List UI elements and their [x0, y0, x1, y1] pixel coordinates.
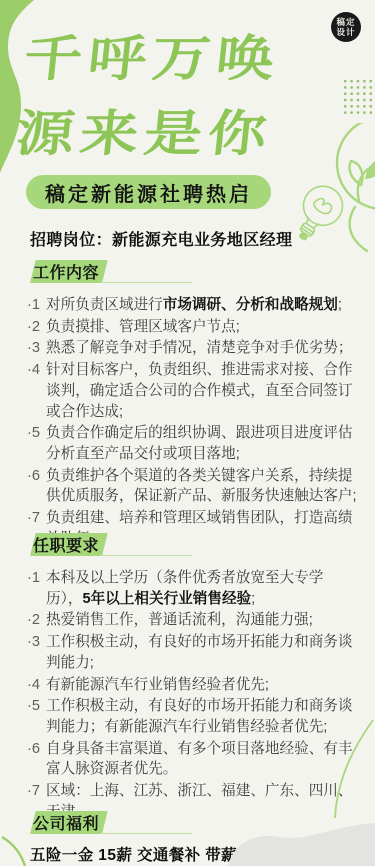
section-label-benefits: 公司福利	[30, 811, 102, 834]
item-text: 负责摸排、管理区域客户节点;	[46, 319, 240, 335]
brand-badge-logo: 稿定 设计	[331, 12, 361, 42]
item-number: ·5	[27, 423, 40, 444]
item-number: ·6	[27, 466, 40, 487]
section-tag: 公司福利	[30, 811, 102, 834]
recruitment-poster: 稿定 设计 千呼万唤 源来是你 稿定新能源社聘热启 招聘岗位：新能源充电业务地区…	[0, 0, 375, 866]
item-number: ·7	[27, 781, 40, 802]
item-text: 工作积极主动，有良好的市场开拓能力和商务谈判能力;	[46, 634, 352, 671]
item-number: ·5	[27, 696, 40, 717]
list-item: ·4有新能源汽车行业销售经验者优先;	[27, 675, 357, 696]
section-tag: 任职要求	[30, 533, 102, 556]
poster-title-line1: 千呼万唤	[20, 22, 284, 97]
poster-title-line2: 源来是你	[12, 97, 276, 172]
list-item: ·4针对目标客户，负责组织、推进需求对接、合作谈判，确定适合公司的合作模式，直至…	[27, 360, 357, 422]
list-item: ·5负责合作确定后的组织协调、跟进项目进度评估分析直至产品交付或项目落地;	[27, 423, 357, 464]
corner-blob-decoration	[225, 821, 375, 866]
poster-title: 千呼万唤 源来是你	[12, 22, 284, 172]
item-number: ·2	[27, 317, 40, 338]
left-arc-decoration	[0, 826, 30, 866]
list-item: ·6负责维护各个渠道的各类关键客户关系，持续提供优质服务，保证新产品、新服务快速…	[27, 466, 357, 507]
item-text-bold: 5年以上相关行业销售经验	[82, 591, 251, 607]
item-text: ;	[338, 297, 342, 313]
brand-badge-line1: 稿定	[336, 17, 355, 27]
section-tag: 工作内容	[30, 260, 102, 283]
item-text: 有新能源汽车行业销售经验者优先;	[46, 677, 269, 693]
list-item: ·2热爱销售工作，普通话流利，沟通能力强;	[27, 610, 357, 631]
item-text: ;	[251, 591, 255, 607]
section-underline	[100, 555, 192, 557]
list-item: ·6自身具备丰富渠道、有多个项目落地经验、有丰富人脉资源者优先。	[27, 739, 357, 780]
list-item: ·3工作积极主动，有良好的市场开拓能力和商务谈判能力;	[27, 632, 357, 673]
section-title: 任职要求	[30, 533, 102, 556]
list-item: ·2负责摸排、管理区域客户节点;	[27, 317, 357, 338]
list-item: ·5工作积极主动，有良好的市场开拓能力和商务谈判能力；有新能源汽车行业销售经验者…	[27, 696, 357, 737]
brand-badge-line2: 设计	[336, 27, 355, 37]
dot-grid-decoration	[341, 77, 375, 114]
list-item: ·1本科及以上学历（条件优秀者放宽至大专学历），5年以上相关行业销售经验;	[27, 568, 357, 609]
list-item: ·1对所负责区域进行市场调研、分析和战略规划;	[27, 295, 357, 316]
requirements-list: ·1本科及以上学历（条件优秀者放宽至大专学历），5年以上相关行业销售经验;·2热…	[27, 568, 357, 823]
item-text: 熟悉了解竞争对手情况，清楚竞争对手优劣势；	[46, 340, 352, 356]
right-arc-decoration	[333, 720, 375, 820]
item-text: 负责维护各个渠道的各类关键客户关系，持续提供优质服务，保证新产品、新服务快速触达…	[46, 468, 357, 505]
item-number: ·2	[27, 610, 40, 631]
item-number: ·7	[27, 508, 40, 529]
list-item: ·3熟悉了解竞争对手情况，清楚竞争对手优劣势；	[27, 338, 357, 359]
item-text: 针对目标客户，负责组织、推进需求对接、合作谈判，确定适合公司的合作模式，直至合同…	[46, 362, 352, 419]
work-content-list: ·1对所负责区域进行市场调研、分析和战略规划;·2负责摸排、管理区域客户节点;·…	[27, 295, 357, 550]
item-number: ·6	[27, 739, 40, 760]
position-heading: 招聘岗位：新能源充电业务地区经理	[30, 227, 292, 250]
section-label-work: 工作内容	[30, 260, 102, 283]
item-number: ·1	[27, 568, 40, 589]
item-number: ·1	[27, 295, 40, 316]
item-text: 负责合作确定后的组织协调、跟进项目进度评估分析直至产品交付或项目落地;	[46, 425, 352, 462]
item-text: 对所负责区域进行	[46, 297, 163, 313]
item-number: ·3	[27, 338, 40, 359]
section-title: 工作内容	[30, 260, 102, 283]
subtitle-banner: 稿定新能源社聘热启	[26, 175, 271, 209]
section-underline	[100, 833, 192, 835]
item-number: ·4	[27, 360, 40, 381]
section-label-requirements: 任职要求	[30, 533, 102, 556]
item-text: 工作积极主动，有良好的市场开拓能力和商务谈判能力；有新能源汽车行业销售经验者优先…	[46, 698, 352, 735]
section-underline	[100, 282, 192, 284]
item-number: ·4	[27, 675, 40, 696]
item-number: ·3	[27, 632, 40, 653]
item-text: 自身具备丰富渠道、有多个项目落地经验、有丰富人脉资源者优先。	[46, 741, 352, 778]
item-text: 热爱销售工作，普通话流利，沟通能力强;	[46, 612, 313, 628]
section-title: 公司福利	[30, 811, 102, 834]
item-text-bold: 市场调研、分析和战略规划	[163, 297, 338, 313]
